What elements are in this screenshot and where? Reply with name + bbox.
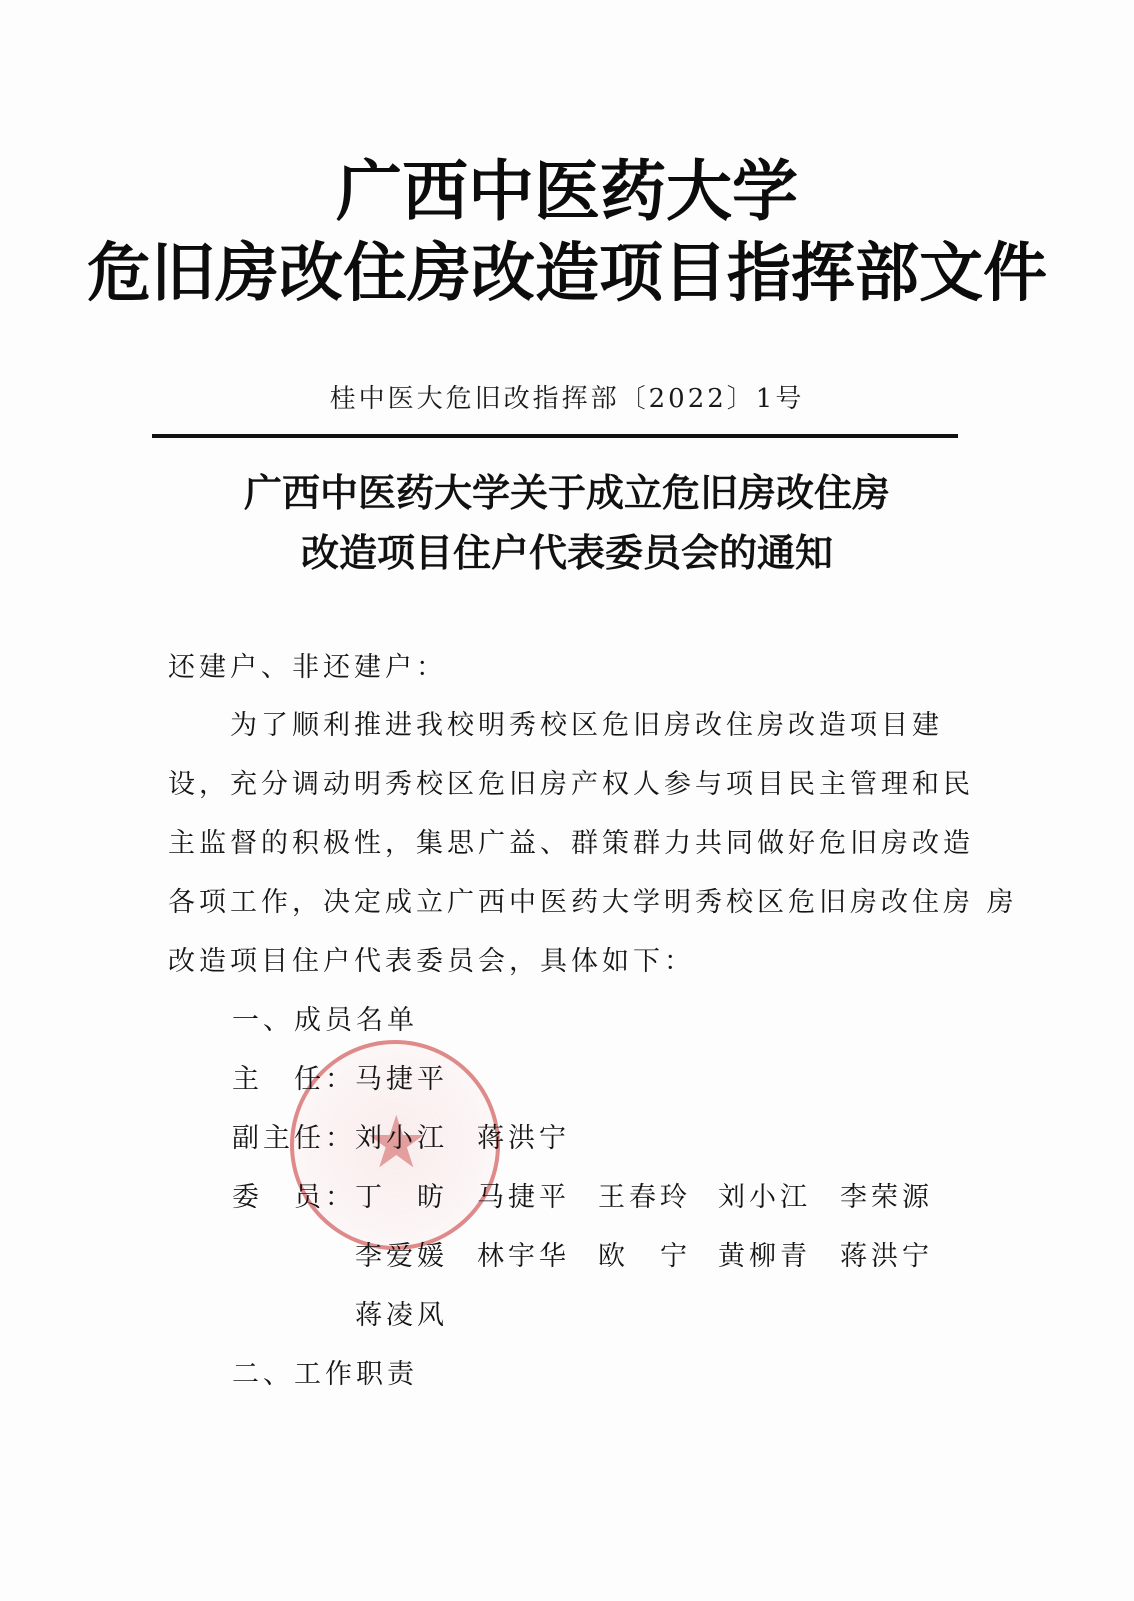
members-label: 委 员： [232, 1175, 356, 1214]
paragraph-line: 主监督的积极性，集思广益、群策群力共同做好危旧房改造 [168, 821, 974, 860]
salutation: 还建户、非还建户： [168, 645, 447, 684]
notice-title-line1: 广西中医药大学关于成立危旧房改住房 [0, 462, 1134, 517]
paragraph-line: 为了顺利推进我校明秀校区危旧房改住房改造项目建 [230, 703, 943, 742]
member-name: 王春玲 [598, 1175, 691, 1214]
member-name: 刘小江 [718, 1175, 811, 1214]
notice-title-line2: 改造项目住户代表委员会的通知 [0, 522, 1134, 577]
director-label: 主 任： [232, 1057, 356, 1096]
member-name: 林宇华 [477, 1234, 570, 1273]
paragraph-line: 设，充分调动明秀校区危旧房产权人参与项目民主管理和民 [168, 762, 974, 801]
member-name: 丁 昉 [355, 1175, 448, 1214]
member-name: 欧 宁 [598, 1234, 691, 1273]
deputy-label: 副主任： [232, 1116, 356, 1155]
document-type: 危旧房改住房改造项目指挥部文件 [0, 222, 1134, 314]
deputy-name: 蒋洪宁 [477, 1116, 570, 1155]
header-divider [152, 434, 958, 438]
director-name: 马捷平 [355, 1057, 448, 1096]
deputy-name: 刘小江 [355, 1116, 448, 1155]
member-name: 李爱媛 [355, 1234, 448, 1273]
paragraph-line: 改造项目住户代表委员会，具体如下： [168, 939, 695, 978]
member-name: 李荣源 [840, 1175, 933, 1214]
member-name: 蒋洪宁 [840, 1234, 933, 1273]
member-name: 马捷平 [477, 1175, 570, 1214]
section-heading-duties: 二、工作职责 [232, 1352, 418, 1391]
section-heading-members: 一、成员名单 [232, 998, 418, 1037]
paragraph-line: 各项工作，决定成立广西中医药大学明秀校区危旧房改住房 房 [168, 880, 1018, 919]
document-number: 桂中医大危旧改指挥部〔2022〕1号 [0, 378, 1134, 415]
document-page: 广西中医药大学 危旧房改住房改造项目指挥部文件 桂中医大危旧改指挥部〔2022〕… [0, 0, 1134, 1601]
org-name: 广西中医药大学 [0, 138, 1134, 233]
member-name: 蒋凌风 [355, 1293, 448, 1332]
member-name: 黄柳青 [718, 1234, 811, 1273]
